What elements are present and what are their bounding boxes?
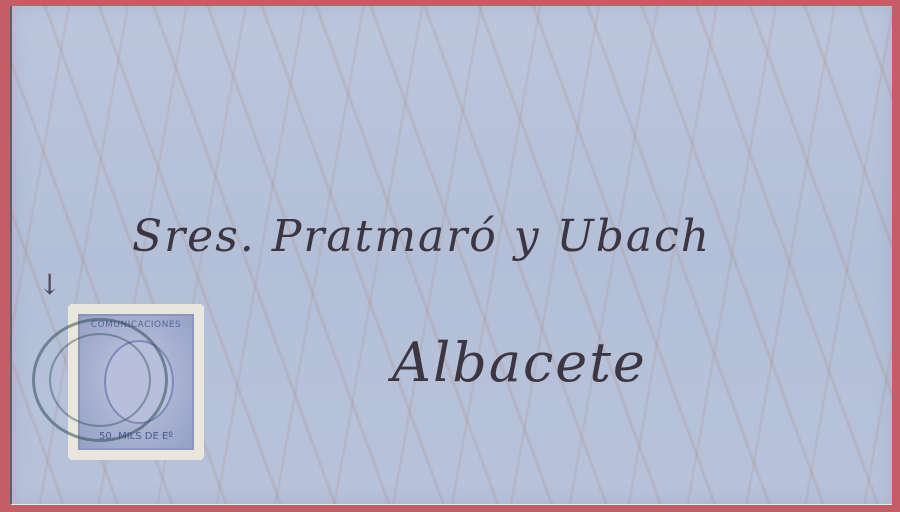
postmark-inner-ring bbox=[49, 333, 151, 427]
postmark-cancel bbox=[32, 318, 168, 442]
margin-mark: ↓ bbox=[38, 268, 61, 301]
address-city: Albacete bbox=[392, 331, 647, 394]
address-recipient: Sres. Pratmaró y Ubach bbox=[132, 211, 711, 262]
